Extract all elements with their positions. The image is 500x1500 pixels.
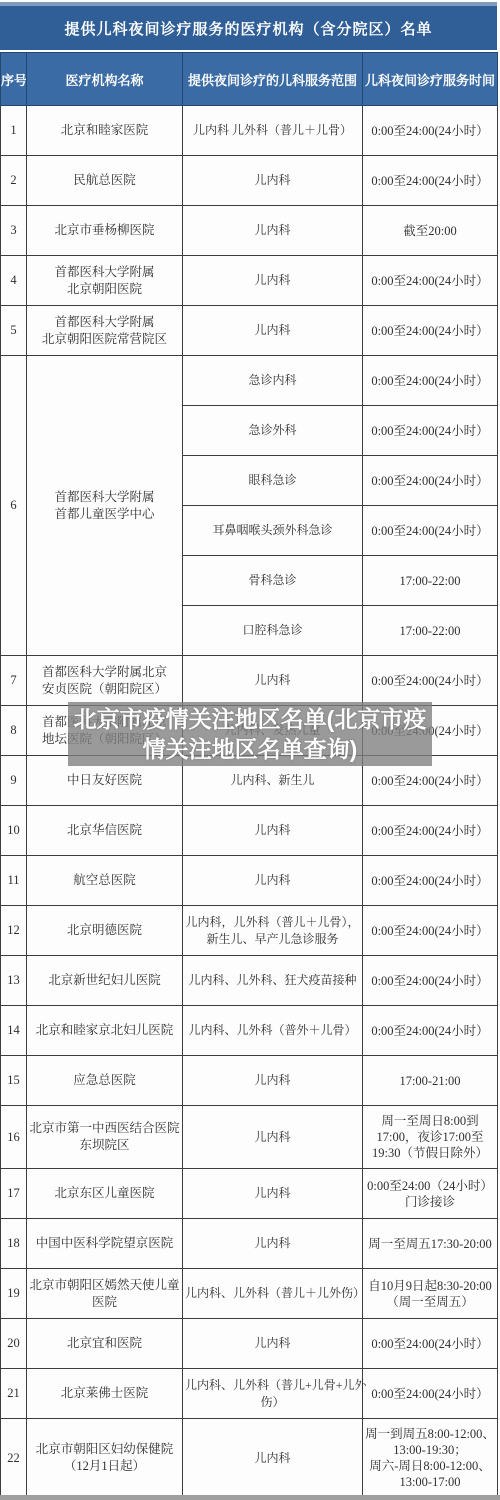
- table-row: 19北京市朝阳区嫣然天使儿童医院儿内科、儿外科（普儿＋儿外伤）自10月9日起8:…: [1, 1269, 498, 1319]
- time-cell: 0:00至24:00(24小时）: [363, 256, 498, 306]
- watermark-text-line1: 北京市疫情关注地区名单(北京市疫: [74, 704, 427, 734]
- time-cell: 周一至周日8:00到17:00，夜诊17:00至19:30（节假日除外）: [363, 1106, 498, 1169]
- time-cell: 0:00至24:00(24小时）: [363, 506, 498, 556]
- services-cell: 儿内科: [183, 306, 363, 356]
- time-cell: 周一至周五17:30-20:00: [363, 1219, 498, 1269]
- hospital-name-cell: 应急总医院: [27, 1056, 183, 1106]
- services-cell: 急诊外科: [183, 406, 363, 456]
- hospital-name-cell: 北京市朝阳区妇幼保健院（12月1日起）: [27, 1419, 183, 1498]
- time-cell: 0:00至24:00(24小时）: [363, 356, 498, 406]
- header-row: 序号 医疗机构名称 提供夜间诊疗的儿科服务范围 儿科夜间诊疗服务时间: [1, 53, 498, 106]
- services-cell: 儿内科: [183, 1169, 363, 1219]
- row-number-cell: 21: [1, 1369, 27, 1419]
- services-cell: 儿内科、儿外科（普外＋儿骨）: [183, 1006, 363, 1056]
- time-cell: 截至20:00: [363, 206, 498, 256]
- row-number-cell: 11: [1, 856, 27, 906]
- row-number-cell: 18: [1, 1219, 27, 1269]
- table-row: 13北京新世纪妇儿医院儿内科、儿外科、狂犬疫苗接种0:00至24:00(24小时…: [1, 956, 498, 1006]
- row-number-cell: 12: [1, 906, 27, 956]
- row-number-cell: 7: [1, 656, 27, 706]
- row-number-cell: 22: [1, 1419, 27, 1498]
- row-number-cell: 15: [1, 1056, 27, 1106]
- hospital-name-cell: 北京和睦家医院: [27, 106, 183, 156]
- table-header: 序号 医疗机构名称 提供夜间诊疗的儿科服务范围 儿科夜间诊疗服务时间: [1, 53, 498, 106]
- row-number-cell: 14: [1, 1006, 27, 1056]
- table-row: 22北京市朝阳区妇幼保健院（12月1日起）儿内科周一到周五8:00-12:00、…: [1, 1419, 498, 1498]
- time-cell: 17:00-22:00: [363, 556, 498, 606]
- time-cell: 0:00至24:00(24小时）: [363, 306, 498, 356]
- column-header-number: 序号: [1, 53, 27, 106]
- services-cell: 儿内科: [183, 856, 363, 906]
- time-cell: 0:00至24:00(24小时）: [363, 956, 498, 1006]
- hospital-name-cell: 首都医科大学附属北京朝阳医院常营院区: [27, 306, 183, 356]
- time-cell: 0:00至24:00(24小时）: [363, 106, 498, 156]
- bottom-gray-bar: [0, 1495, 500, 1500]
- services-cell: 儿内科、儿外科（普儿+儿骨+儿外伤）: [183, 1369, 363, 1419]
- table-row: 17北京东区儿童医院儿内科0:00至24:00（24小时）门诊接诊: [1, 1169, 498, 1219]
- row-number-cell: 2: [1, 156, 27, 206]
- hospital-name-cell: 中国中医科学院望京医院: [27, 1219, 183, 1269]
- table-row: 4首都医科大学附属北京朝阳医院儿内科0:00至24:00(24小时）: [1, 256, 498, 306]
- hospital-name-cell: 北京华信医院: [27, 806, 183, 856]
- hospital-name-cell: 首都医科大学附属首都儿童医学中心: [27, 356, 183, 656]
- row-number-cell: 10: [1, 806, 27, 856]
- services-cell: 耳鼻咽喉头颈外科急诊: [183, 506, 363, 556]
- services-cell: 儿内科: [183, 806, 363, 856]
- table-row: 12北京明德医院儿内科，儿外科（普儿＋儿骨），新生儿、早产儿急诊服务0:00至2…: [1, 906, 498, 956]
- row-number-cell: 3: [1, 206, 27, 256]
- hospital-name-cell: 民航总医院: [27, 156, 183, 206]
- row-number-cell: 19: [1, 1269, 27, 1319]
- table-row: 20北京宜和医院儿内科0:00至24:00(24小时）: [1, 1319, 498, 1369]
- time-cell: 17:00-22:00: [363, 606, 498, 656]
- time-cell: 自10月9日起8:30-20:00（周一至周五）: [363, 1269, 498, 1319]
- table-row: 5首都医科大学附属北京朝阳医院常营院区儿内科0:00至24:00(24小时）: [1, 306, 498, 356]
- row-number-cell: 4: [1, 256, 27, 306]
- hospital-name-cell: 北京市第一中西医结合医院东坝院区: [27, 1106, 183, 1169]
- hospital-name-cell: 北京东区儿童医院: [27, 1169, 183, 1219]
- table-row: 16北京市第一中西医结合医院东坝院区儿内科周一至周日8:00到17:00，夜诊1…: [1, 1106, 498, 1169]
- table-row: 10北京华信医院儿内科0:00至24:00(24小时）: [1, 806, 498, 856]
- table-row: 18中国中医科学院望京医院儿内科周一至周五17:30-20:00: [1, 1219, 498, 1269]
- services-cell: 眼科急诊: [183, 456, 363, 506]
- services-cell: 儿内科: [183, 206, 363, 256]
- time-cell: 0:00至24:00(24小时）: [363, 656, 498, 706]
- time-cell: 0:00至24:00(24小时）: [363, 406, 498, 456]
- row-number-cell: 5: [1, 306, 27, 356]
- hospital-name-cell: 北京新世纪妇儿医院: [27, 956, 183, 1006]
- services-cell: 儿内科: [183, 156, 363, 206]
- table-row: 21北京莱佛士医院儿内科、儿外科（普儿+儿骨+儿外伤）0:00至24:00(24…: [1, 1369, 498, 1419]
- time-cell: 0:00至24:00(24小时）: [363, 1369, 498, 1419]
- services-cell: 骨科急诊: [183, 556, 363, 606]
- services-cell: 口腔科急诊: [183, 606, 363, 656]
- services-cell: 儿内科: [183, 1056, 363, 1106]
- row-number-cell: 13: [1, 956, 27, 1006]
- table-row: 11航空总医院儿内科0:00至24:00(24小时）: [1, 856, 498, 906]
- services-cell: 儿内科: [183, 256, 363, 306]
- column-header-hospital-name: 医疗机构名称: [27, 53, 183, 106]
- watermark-overlay: 北京市疫情关注地区名单(北京市疫 情关注地区名单查询): [68, 702, 432, 766]
- row-number-cell: 6: [1, 356, 27, 656]
- services-cell: 儿内科、儿外科（普儿＋儿外伤）: [183, 1269, 363, 1319]
- time-cell: 0:00至24:00（24小时）门诊接诊: [363, 1169, 498, 1219]
- row-number-cell: 20: [1, 1319, 27, 1369]
- time-cell: 周一到周五8:00-12:00、13:00-19:30；周六-周日8:00-12…: [363, 1419, 498, 1498]
- row-number-cell: 9: [1, 756, 27, 806]
- table-row: 7首都医科大学附属北京安贞医院（朝阳院区）儿内科0:00至24:00(24小时）: [1, 656, 498, 706]
- row-number-cell: 16: [1, 1106, 27, 1169]
- services-cell: 儿内科 儿外科（普儿＋儿骨）: [183, 106, 363, 156]
- hospital-name-cell: 北京和睦家京北妇儿医院: [27, 1006, 183, 1056]
- row-number-cell: 17: [1, 1169, 27, 1219]
- table-row: 6首都医科大学附属首都儿童医学中心急诊内科0:00至24:00(24小时）: [1, 356, 498, 406]
- services-cell: 儿内科: [183, 1319, 363, 1369]
- services-cell: 儿内科: [183, 1219, 363, 1269]
- services-cell: 儿内科: [183, 1106, 363, 1169]
- hospital-name-cell: 北京莱佛士医院: [27, 1369, 183, 1419]
- services-cell: 儿内科: [183, 656, 363, 706]
- hospital-table: 序号 医疗机构名称 提供夜间诊疗的儿科服务范围 儿科夜间诊疗服务时间 1北京和睦…: [0, 52, 498, 1498]
- services-cell: 儿内科: [183, 1419, 363, 1498]
- table-title: 提供儿科夜间诊疗服务的医疗机构（含分院区）名单: [0, 6, 497, 50]
- time-cell: 0:00至24:00(24小时）: [363, 806, 498, 856]
- hospital-name-cell: 北京宜和医院: [27, 1319, 183, 1369]
- table-row: 15应急总医院儿内科17:00-21:00: [1, 1056, 498, 1106]
- services-cell: 儿内科，儿外科（普儿＋儿骨），新生儿、早产儿急诊服务: [183, 906, 363, 956]
- row-number-cell: 1: [1, 106, 27, 156]
- time-cell: 0:00至24:00(24小时）: [363, 856, 498, 906]
- hospital-name-cell: 北京市朝阳区嫣然天使儿童医院: [27, 1269, 183, 1319]
- watermark-text-line2: 情关注地区名单查询): [143, 734, 358, 764]
- table-row: 3北京市垂杨柳医院儿内科截至20:00: [1, 206, 498, 256]
- hospital-name-cell: 航空总医院: [27, 856, 183, 906]
- time-cell: 0:00至24:00(24小时）: [363, 456, 498, 506]
- services-cell: 儿内科、儿外科、狂犬疫苗接种: [183, 956, 363, 1006]
- column-header-time: 儿科夜间诊疗服务时间: [363, 53, 498, 106]
- table-row: 14北京和睦家京北妇儿医院儿内科、儿外科（普外＋儿骨）0:00至24:00(24…: [1, 1006, 498, 1056]
- time-cell: 0:00至24:00(24小时）: [363, 156, 498, 206]
- time-cell: 0:00至24:00(24小时）: [363, 1319, 498, 1369]
- time-cell: 0:00至24:00(24小时）: [363, 1006, 498, 1056]
- hospital-name-cell: 首都医科大学附属北京安贞医院（朝阳院区）: [27, 656, 183, 706]
- time-cell: 0:00至24:00(24小时）: [363, 906, 498, 956]
- row-number-cell: 8: [1, 706, 27, 756]
- hospital-name-cell: 北京市垂杨柳医院: [27, 206, 183, 256]
- hospital-name-cell: 首都医科大学附属北京朝阳医院: [27, 256, 183, 306]
- time-cell: 17:00-21:00: [363, 1056, 498, 1106]
- table-row: 1北京和睦家医院儿内科 儿外科（普儿＋儿骨）0:00至24:00(24小时）: [1, 106, 498, 156]
- table-body: 1北京和睦家医院儿内科 儿外科（普儿＋儿骨）0:00至24:00(24小时）2民…: [1, 106, 498, 1498]
- column-header-services: 提供夜间诊疗的儿科服务范围: [183, 53, 363, 106]
- services-cell: 急诊内科: [183, 356, 363, 406]
- table-row: 2民航总医院儿内科0:00至24:00(24小时）: [1, 156, 498, 206]
- hospital-name-cell: 北京明德医院: [27, 906, 183, 956]
